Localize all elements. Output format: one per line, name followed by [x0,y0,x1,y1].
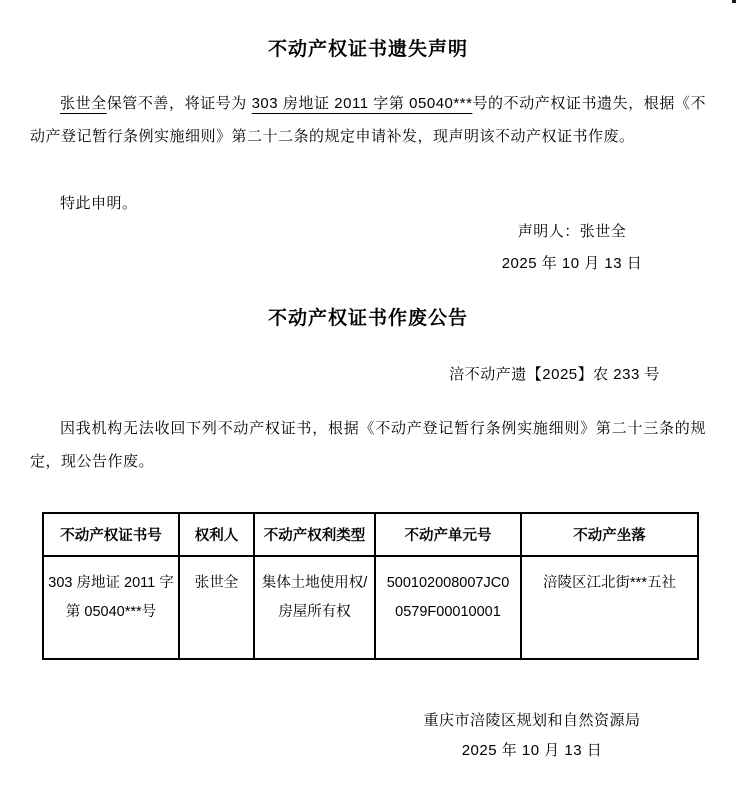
declarant-name: 张世全 [60,95,107,112]
declaration-closing: 特此申明。 [30,188,138,221]
cell-location: 涪陵区江北街***五社 [521,556,698,659]
declaration-signer-line: 声明人：张世全 [402,216,736,248]
cell-holder: 张世全 [179,556,254,659]
cell-unit-no: 500102008007JC0 0579F00010001 [375,556,521,659]
column-header-holder: 权利人 [179,513,254,556]
certificate-number: 303 房地证 2011 字第 05040*** [252,95,473,112]
column-header-unit-no: 不动产单元号 [375,513,521,556]
cell-right-type: 集体土地使用权/ 房屋所有权 [254,556,375,659]
document-page: 不动产权证书遗失声明 张世全保管不善，将证号为 303 房地证 2011 字第 … [0,0,736,792]
unit-no-line-2: 0579F00010001 [380,598,516,627]
declaration-text-1: 保管不善，将证号为 [107,95,252,112]
unit-no-line-1: 500102008007JC0 [380,569,516,598]
certificates-table: 不动产权证书号 权利人 不动产权利类型 不动产单元号 不动产坐落 303 房地证… [42,512,699,660]
table-row: 303 房地证 2011 字 第 05040***号 张世全 集体土地使用权/ … [43,556,698,659]
invalidation-notice-title: 不动产权证书作废公告 [0,303,736,330]
loss-declaration-paragraph: 张世全保管不善，将证号为 303 房地证 2011 字第 05040***号的不… [30,88,706,153]
notice-document-number: 涪不动产遗【2025】农 233 号 [30,363,660,384]
certificate-no-line-1: 303 房地证 2011 字 [48,569,174,598]
declaration-date-line: 2025 年 10 月 13 日 [402,248,736,280]
notice-paragraph: 因我机构无法收回下列不动产权证书，根据《不动产登记暂行条例实施细则》第二十三条的… [30,413,706,478]
issuer-line: 重庆市涪陵区规划和自然资源局 [362,706,702,736]
cell-certificate-no: 303 房地证 2011 字 第 05040***号 [43,556,179,659]
declaration-signature-block: 声明人：张世全 2025 年 10 月 13 日 [402,216,736,280]
notice-signature-block: 重庆市涪陵区规划和自然资源局 2025 年 10 月 13 日 [362,706,702,766]
loss-declaration-title: 不动产权证书遗失声明 [0,34,736,61]
certificate-no-line-2: 第 05040***号 [48,598,174,627]
issue-date-line: 2025 年 10 月 13 日 [362,736,702,766]
column-header-location: 不动产坐落 [521,513,698,556]
right-type-line-1: 集体土地使用权/ [259,569,370,598]
right-type-line-2: 房屋所有权 [259,598,370,627]
table-header-row: 不动产权证书号 权利人 不动产权利类型 不动产单元号 不动产坐落 [43,513,698,556]
column-header-right-type: 不动产权利类型 [254,513,375,556]
scrollbar-corner-artifact [732,0,736,3]
column-header-certificate-no: 不动产权证书号 [43,513,179,556]
